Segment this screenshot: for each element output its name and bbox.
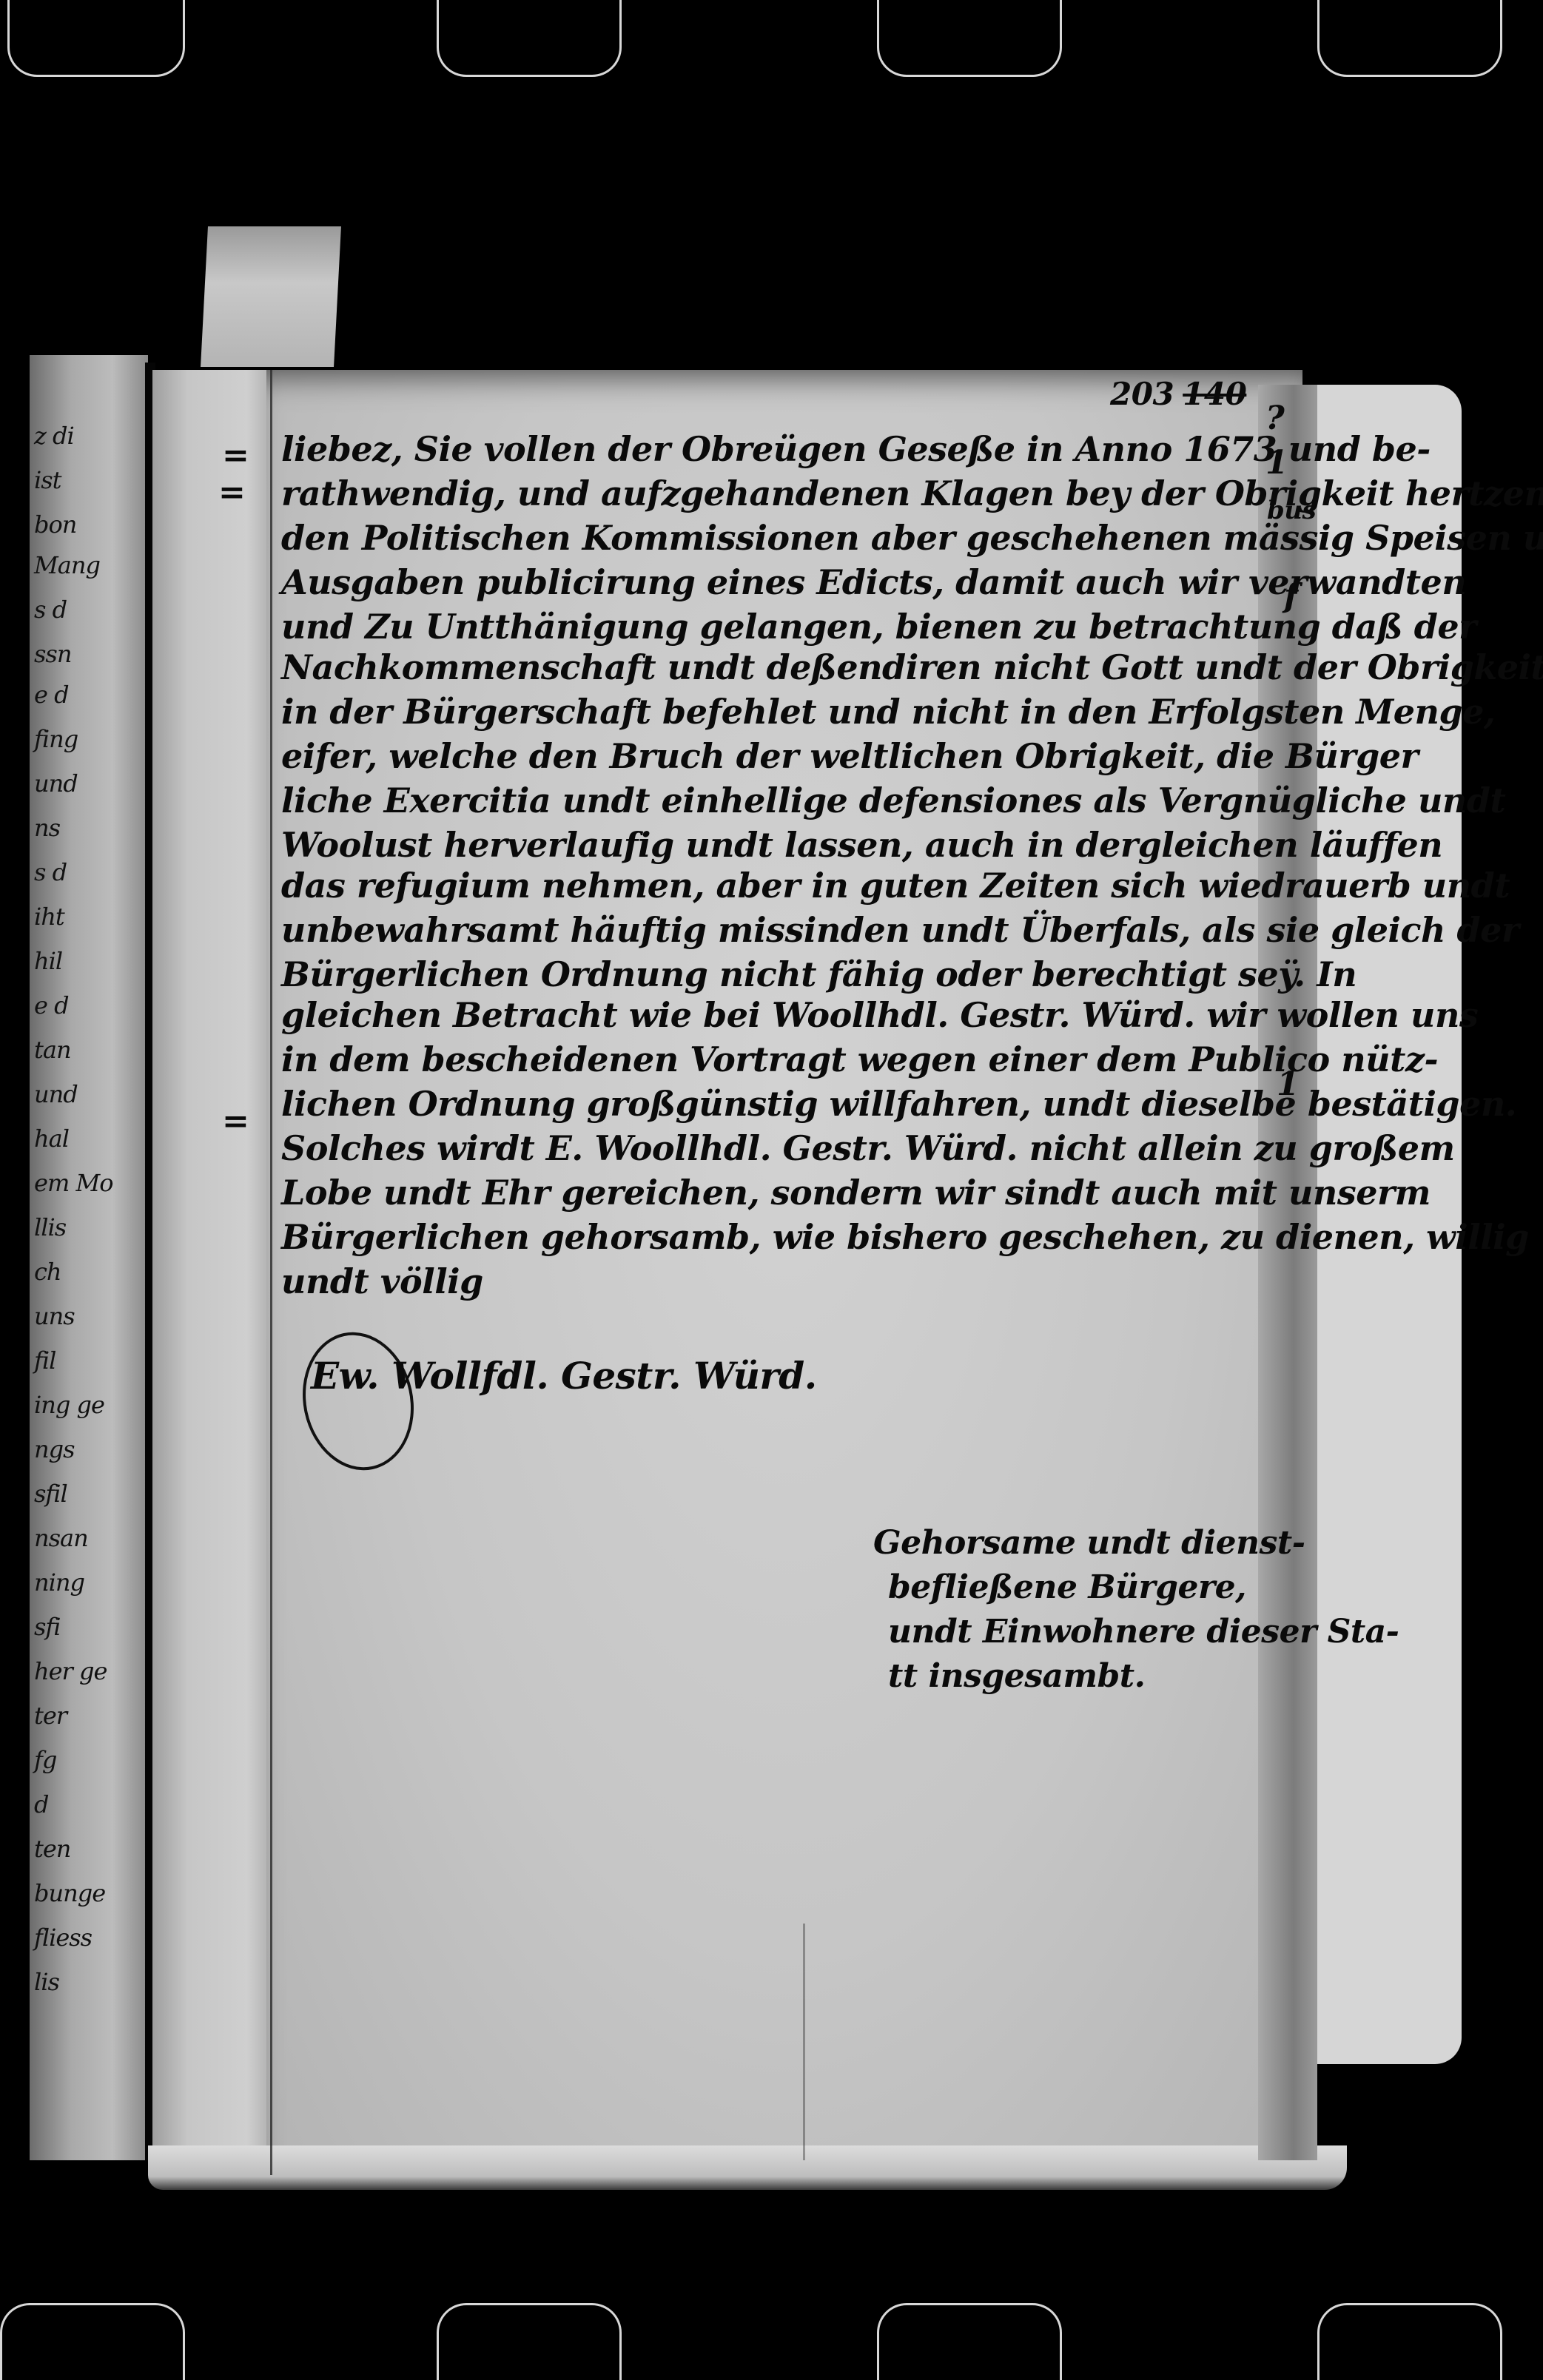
fragment-line: fliess <box>34 1924 92 1952</box>
closing-line: undt Einwohnere dieser Sta- <box>888 1613 1399 1651</box>
body-line: lichen Ordnung großgünstig willfahren, u… <box>281 1084 1265 1124</box>
body-line: Solches wirdt E. Woollhdl. Gestr. Würd. … <box>281 1128 1265 1168</box>
body-line: eifer, welche den Bruch der weltlichen O… <box>281 736 1265 776</box>
fragment-line: fing <box>34 725 78 753</box>
margin-mark-left: = <box>222 1102 249 1140</box>
sprocket-hole <box>877 0 1062 77</box>
fragment-line: iht <box>34 903 64 931</box>
fragment-line: ing ge <box>34 1391 104 1419</box>
fragment-line: z di <box>34 422 74 450</box>
body-line: in der Bürgerschaft befehlet und nicht i… <box>281 692 1265 732</box>
sprocket-hole <box>437 2303 622 2380</box>
body-line: Nachkommenschaft undt deßendiren nicht G… <box>281 647 1265 687</box>
fragment-line: e d <box>34 991 69 1019</box>
fragment-line: ter <box>34 1702 67 1730</box>
body-line: das refugium nehmen, aber in guten Zeite… <box>281 866 1265 906</box>
fragment-line: sfil <box>34 1480 67 1508</box>
fragment-line: ns <box>34 814 60 842</box>
film-sprocket-row-top <box>0 0 1543 81</box>
fragment-line: und <box>34 769 78 798</box>
fragment-line: s d <box>34 858 67 886</box>
fragment-line: hil <box>34 947 62 975</box>
film-sprocket-row-bottom <box>0 2299 1543 2380</box>
fragment-line: hal <box>34 1125 69 1153</box>
page-bottom-edge <box>148 2145 1347 2190</box>
body-line: Woolust herverlaufig undt lassen, auch i… <box>281 825 1265 865</box>
body-line: und Zu Untthänigung gelangen, bienen zu … <box>281 607 1265 647</box>
body-line: Bürgerlichen Ordnung nicht fähig oder be… <box>281 954 1265 994</box>
fragment-line: ch <box>34 1258 61 1286</box>
fragment-line: d <box>34 1790 48 1818</box>
ruled-margin-line <box>270 370 272 2175</box>
body-line: undt völlig <box>281 1261 1265 1301</box>
fragment-line: nsan <box>34 1524 88 1552</box>
fragment-line: und <box>34 1080 78 1108</box>
fragment-line: s d <box>34 596 67 624</box>
binding-strip <box>152 370 271 2160</box>
left-adjacent-page-fragment: z di ist bon Mang s d ssn e d fing und n… <box>30 355 148 2160</box>
body-line: gleichen Betracht wie bei Woollhdl. Gest… <box>281 995 1265 1035</box>
fragment-line: bon <box>34 510 76 539</box>
paper-crease <box>803 1924 805 2160</box>
fragment-line: her ge <box>34 1657 107 1685</box>
fragment-line: lis <box>34 1968 59 1996</box>
fragment-line: ten <box>34 1835 70 1863</box>
fragment-line: llis <box>34 1213 66 1241</box>
margin-mark-left: = <box>222 436 249 474</box>
body-line: in dem bescheidenen Vortragt wegen einer… <box>281 1039 1265 1079</box>
fragment-line: uns <box>34 1302 75 1330</box>
fragment-line: ist <box>34 466 61 494</box>
body-line: Bürgerlichen gehorsamb, wie bishero gesc… <box>281 1217 1265 1257</box>
sprocket-hole <box>0 2303 185 2380</box>
sprocket-hole <box>437 0 622 77</box>
closing-line: befließene Bürgere, <box>888 1568 1246 1606</box>
fragment-line: fg <box>34 1746 56 1774</box>
fragment-line: tan <box>34 1036 71 1064</box>
fragment-line: bunge <box>34 1879 105 1907</box>
paper-tab <box>201 226 341 367</box>
body-line: liebez, Sie vollen der Obreügen Geseße i… <box>281 429 1265 469</box>
body-line: den Politischen Kommissionen aber gesche… <box>281 518 1265 558</box>
fragment-line: fil <box>34 1346 56 1375</box>
body-line: Lobe undt Ehr gereichen, sondern wir sin… <box>281 1173 1265 1213</box>
sprocket-hole <box>1317 2303 1502 2380</box>
body-line: Ausgaben publicirung eines Edicts, damit… <box>281 562 1265 602</box>
fragment-line: Mang <box>34 551 100 579</box>
page-number-current: 203 <box>1110 376 1174 412</box>
margin-mark-left: = <box>218 473 245 511</box>
fragment-line: e d <box>34 681 69 709</box>
fragment-line: ssn <box>34 640 71 668</box>
salutation: Ew. Wollfdl. Gestr. Würd. <box>311 1354 817 1398</box>
fragment-line: ning <box>34 1568 84 1597</box>
page-number: 203140 <box>1110 376 1246 412</box>
sprocket-hole <box>7 0 185 77</box>
page-number-struck: 140 <box>1183 376 1246 412</box>
fragment-line: em Mo <box>34 1169 112 1197</box>
closing-line: Gehorsame undt dienst- <box>873 1524 1305 1562</box>
fragment-line: ngs <box>34 1435 75 1463</box>
sprocket-hole <box>1317 0 1502 77</box>
body-line: rathwendig, und aufzgehandenen Klagen be… <box>281 473 1265 513</box>
body-line: unbewahrsamt häuftig missinden undt Über… <box>281 910 1265 950</box>
fragment-line: sfi <box>34 1613 61 1641</box>
closing-line: tt insgesambt. <box>888 1657 1145 1695</box>
sprocket-hole <box>877 2303 1062 2380</box>
body-line: liche Exercitia undt einhellige defensio… <box>281 781 1265 820</box>
